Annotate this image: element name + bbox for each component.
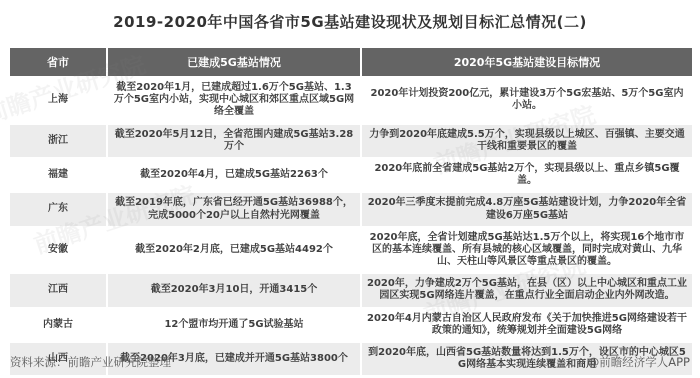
infographic-page: 2019-2020年中国各省市5G基站建设现状及规划目标汇总情况(二) 前瞻产业… <box>0 0 700 378</box>
target-cell: 2020年4月内蒙古自治区人民政府发布《关于加快推进5G网络建设若干政策的通知》… <box>362 309 692 341</box>
col-header-province: 省市 <box>10 48 106 76</box>
target-cell: 力争到2020年底建成5.5万个，实现县级以上城区、百强镇、主要交通干线和重要景… <box>362 125 692 157</box>
table-row-fujian: 福建 截至2020年4月，已建成5G基站2263个 2020年底前全省建成5G基… <box>10 159 692 191</box>
built-status-cell: 截至2019年底，广东省已经开通5G基站36988个，完成5000个20户以上自… <box>108 193 360 225</box>
5g-base-station-table: 省市 已建成5G基站情况 2020年5G基站建设目标情况 上海 截至2020年1… <box>8 46 694 377</box>
built-status-cell: 截至2020年5月12日，全省范围内建成5G基站3.28万个 <box>108 125 360 157</box>
col-header-2020-target: 2020年5G基站建设目标情况 <box>362 48 692 76</box>
province-cell: 福建 <box>10 159 106 191</box>
table-row-anhui: 安徽 截至2020年2月底，已建成5G基站4492个 2020年底，全省计划建成… <box>10 228 692 273</box>
table-row-guangdong: 广东 截至2019年底，广东省已经开通5G基站36988个，完成5000个20户… <box>10 193 692 225</box>
built-status-cell: 截至2020年3月10日，开通3415个 <box>108 274 360 306</box>
table-row-neimenggu: 内蒙古 12个盟市均开通了5G试验基站 2020年4月内蒙古自治区人民政府发布《… <box>10 309 692 341</box>
province-cell: 浙江 <box>10 125 106 157</box>
table-row-shanghai: 上海 截至2020年1月，已建成超过1.6万个5G基站、1.3万个5G室内小站，… <box>10 78 692 123</box>
credit-note: @前瞻经济学人APP <box>588 354 690 370</box>
target-cell: 2020年底，全省计划建成5G基站达1.5万个以上，将实现16个地市市区的基本连… <box>362 228 692 273</box>
target-cell: 2020年计划投资200亿元，累计建设3万个5G宏基站、5万个5G室内小站。 <box>362 78 692 123</box>
source-note: 资料来源：前瞻产业研究院整理 <box>10 354 171 370</box>
province-cell: 广东 <box>10 193 106 225</box>
built-status-cell: 截至2020年2月底，已建成5G基站4492个 <box>108 228 360 273</box>
footer: 资料来源：前瞻产业研究院整理 @前瞻经济学人APP <box>10 354 690 370</box>
province-cell: 江西 <box>10 274 106 306</box>
target-cell: 2020年底前全省建成5G基站2万个，实现县级以上、重点乡镇5G覆盖。 <box>362 159 692 191</box>
province-cell: 内蒙古 <box>10 309 106 341</box>
province-cell: 上海 <box>10 78 106 123</box>
table-header-row: 省市 已建成5G基站情况 2020年5G基站建设目标情况 <box>10 48 692 76</box>
col-header-built-status: 已建成5G基站情况 <box>108 48 360 76</box>
built-status-cell: 12个盟市均开通了5G试验基站 <box>108 309 360 341</box>
province-cell: 安徽 <box>10 228 106 273</box>
page-title: 2019-2020年中国各省市5G基站建设现状及规划目标汇总情况(二) <box>0 0 700 32</box>
target-cell: 2020年，力争建成2万个5G基站，在县（区）以上中心城区和重点工业园区实现5G… <box>362 274 692 306</box>
table-row-jiangxi: 江西 截至2020年3月10日，开通3415个 2020年，力争建成2万个5G基… <box>10 274 692 306</box>
target-cell: 2020年三季度末提前完成4.8万座5G基站建设计划，力争2020年全省建设6万… <box>362 193 692 225</box>
built-status-cell: 截至2020年4月，已建成5G基站2263个 <box>108 159 360 191</box>
table-row-zhejiang: 浙江 截至2020年5月12日，全省范围内建成5G基站3.28万个 力争到202… <box>10 125 692 157</box>
built-status-cell: 截至2020年1月，已建成超过1.6万个5G基站、1.3万个5G室内小站，实现中… <box>108 78 360 123</box>
